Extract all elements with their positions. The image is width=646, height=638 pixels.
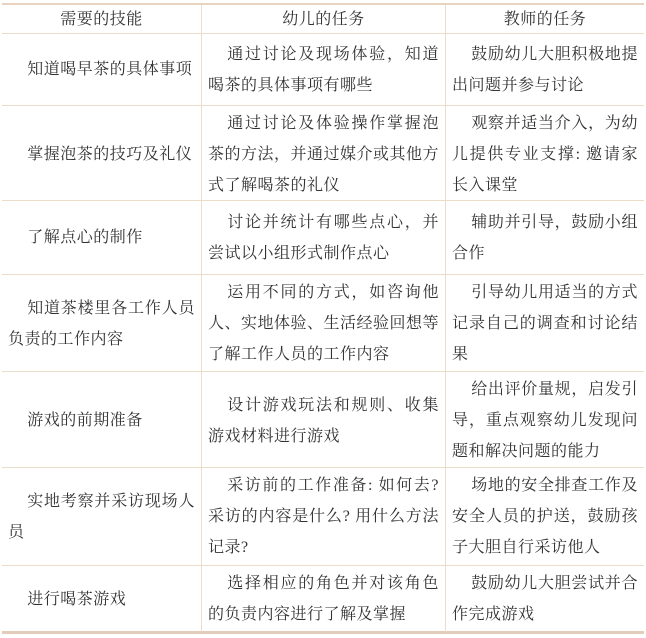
header-label: 需要的技能 [2, 5, 201, 34]
teacher-task-cell: 引导幼儿用适当的方式记录自己的调查和讨论结果 [445, 275, 644, 372]
skill-text: 掌握泡茶的技巧及礼仪 [8, 139, 195, 170]
table-row: 掌握泡茶的技巧及礼仪 通过讨论及体验操作掌握泡茶的方法，并通过媒介或其他方式了解… [2, 106, 644, 201]
table-row: 游戏的前期准备 设计游戏玩法和规则、收集游戏材料进行游戏 给出评价量规，启发引导… [2, 372, 644, 468]
skill-text: 知道喝早茶的具体事项 [8, 54, 195, 85]
skill-cell: 知道喝早茶的具体事项 [2, 34, 201, 105]
teacher-task-cell: 辅助并引导，鼓励小组合作 [445, 201, 644, 274]
skill-text: 进行喝茶游戏 [8, 584, 195, 615]
teacher-task-text: 观察并适当介入，为幼儿提供专业支撑: 邀请家长入课堂 [452, 108, 638, 201]
teacher-task-cell: 场地的安全排查工作及安全人员的护送，鼓励孩子大胆自行采访他人 [445, 468, 644, 565]
teacher-task-text: 辅助并引导，鼓励小组合作 [452, 207, 638, 269]
table-row: 了解点心的制作 讨论并统计有哪些点心，并尝试以小组形式制作点心 辅助并引导，鼓励… [2, 201, 644, 275]
table-row: 进行喝茶游戏 选择相应的角色并对该角色的负责内容进行了解及掌握 鼓励幼儿大胆尝试… [2, 566, 644, 631]
child-task-cell: 采访前的工作准备: 如何去? 采访的内容是什么? 用什么方法记录? [201, 468, 445, 565]
child-task-text: 通过讨论及体验操作掌握泡茶的方法，并通过媒介或其他方式了解喝茶的礼仪 [208, 108, 439, 201]
skills-tasks-table: 需要的技能 幼儿的任务 教师的任务 知道喝早茶的具体事项 通过讨论及现场体验，知… [2, 3, 644, 634]
skill-cell: 游戏的前期准备 [2, 372, 201, 469]
table-row: 知道茶楼里各工作人员负责的工作内容 运用不同的方式，如咨询他人、实地体验、生活经… [2, 275, 644, 372]
child-task-cell: 通过讨论及现场体验，知道喝茶的具体事项有哪些 [201, 34, 445, 105]
teacher-task-text: 场地的安全排查工作及安全人员的护送，鼓励孩子大胆自行采访他人 [452, 470, 638, 563]
teacher-task-cell: 给出评价量规，启发引导，重点观察幼儿发现问题和解决问题的能力 [445, 372, 644, 469]
skill-cell: 掌握泡茶的技巧及礼仪 [2, 106, 201, 203]
header-cell-teacher-task: 教师的任务 [445, 5, 644, 34]
teacher-task-cell: 鼓励幼儿大胆尝试并合作完成游戏 [445, 566, 644, 632]
teacher-task-cell: 观察并适当介入，为幼儿提供专业支撑: 邀请家长入课堂 [445, 106, 644, 203]
child-task-cell: 设计游戏玩法和规则、收集游戏材料进行游戏 [201, 372, 445, 469]
child-task-text: 讨论并统计有哪些点心，并尝试以小组形式制作点心 [208, 207, 439, 269]
skill-cell: 实地考察并采访现场人员 [2, 468, 201, 565]
skill-cell: 进行喝茶游戏 [2, 566, 201, 632]
header-cell-skill: 需要的技能 [2, 5, 201, 34]
header-label: 幼儿的任务 [202, 5, 445, 34]
teacher-task-text: 鼓励幼儿大胆积极地提出问题并参与讨论 [452, 39, 638, 101]
teacher-task-cell: 鼓励幼儿大胆积极地提出问题并参与讨论 [445, 34, 644, 105]
skill-cell: 知道茶楼里各工作人员负责的工作内容 [2, 275, 201, 372]
child-task-text: 通过讨论及现场体验，知道喝茶的具体事项有哪些 [208, 39, 439, 101]
header-cell-child-task: 幼儿的任务 [201, 5, 445, 34]
teacher-task-text: 鼓励幼儿大胆尝试并合作完成游戏 [452, 568, 638, 630]
table-row: 知道喝早茶的具体事项 通过讨论及现场体验，知道喝茶的具体事项有哪些 鼓励幼儿大胆… [2, 34, 644, 106]
skill-text: 了解点心的制作 [8, 222, 195, 253]
header-label: 教师的任务 [446, 5, 644, 34]
child-task-cell: 运用不同的方式，如咨询他人、实地体验、生活经验回想等了解工作人员的工作内容 [201, 275, 445, 372]
skill-text: 知道茶楼里各工作人员负责的工作内容 [8, 293, 195, 355]
teacher-task-text: 给出评价量规，启发引导，重点观察幼儿发现问题和解决问题的能力 [452, 374, 638, 467]
table-row: 实地考察并采访现场人员 采访前的工作准备: 如何去? 采访的内容是什么? 用什么… [2, 468, 644, 566]
document-page: 需要的技能 幼儿的任务 教师的任务 知道喝早茶的具体事项 通过讨论及现场体验，知… [0, 0, 646, 634]
child-task-text: 选择相应的角色并对该角色的负责内容进行了解及掌握 [208, 568, 439, 630]
skill-cell: 了解点心的制作 [2, 201, 201, 274]
child-task-text: 运用不同的方式，如咨询他人、实地体验、生活经验回想等了解工作人员的工作内容 [208, 277, 439, 370]
skill-text: 游戏的前期准备 [8, 405, 195, 436]
child-task-text: 采访前的工作准备: 如何去? 采访的内容是什么? 用什么方法记录? [208, 470, 439, 563]
child-task-cell: 通过讨论及体验操作掌握泡茶的方法，并通过媒介或其他方式了解喝茶的礼仪 [201, 106, 445, 203]
skill-text: 实地考察并采访现场人员 [8, 486, 195, 548]
child-task-cell: 讨论并统计有哪些点心，并尝试以小组形式制作点心 [201, 201, 445, 274]
child-task-cell: 选择相应的角色并对该角色的负责内容进行了解及掌握 [201, 566, 445, 632]
child-task-text: 设计游戏玩法和规则、收集游戏材料进行游戏 [208, 390, 439, 452]
table-header-row: 需要的技能 幼儿的任务 教师的任务 [2, 5, 644, 34]
teacher-task-text: 引导幼儿用适当的方式记录自己的调查和讨论结果 [452, 277, 638, 370]
